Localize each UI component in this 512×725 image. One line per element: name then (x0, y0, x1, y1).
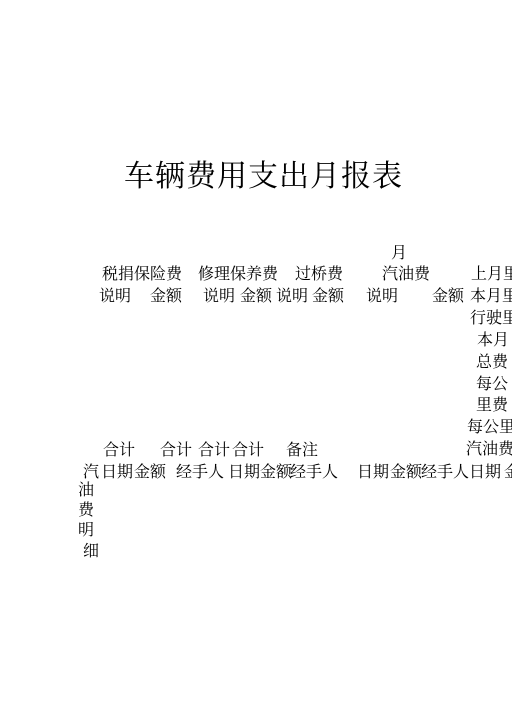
detail-date-header: 日期 (228, 465, 260, 481)
col2-desc-header: 说明 (203, 289, 235, 305)
detail-amount-header: 金额 (390, 465, 422, 481)
detail-amount-header-clipped: 金 (504, 465, 512, 481)
col1-desc-header: 说明 (99, 289, 131, 305)
mileage-column-line: 总费 (476, 355, 508, 371)
fuel-detail-vertical-char: 细 (83, 544, 99, 560)
fuel-detail-vertical-char: 明 (78, 523, 94, 539)
fuel-detail-vertical-char: 费 (78, 503, 94, 519)
mileage-column-line: 每公里 (467, 420, 512, 436)
month-label: 月 (391, 246, 407, 262)
mileage-column-line: 汽油费 (466, 442, 512, 458)
column-header-gasoline: 汽油费 (382, 267, 430, 283)
column-header-toll: 过桥费 (295, 267, 343, 283)
detail-amount-header: 金额 (134, 465, 166, 481)
mileage-column-line: 本月里 (470, 289, 512, 305)
column-header-tax-insurance: 税捐保险费 (102, 267, 182, 283)
detail-handler-header: 经手人 (176, 465, 224, 481)
mileage-column-line: 每公 (476, 377, 508, 393)
col3-amount-header: 金额 (312, 289, 344, 305)
detail-amount-header: 金额 (260, 465, 292, 481)
detail-handler-header: 经手人 (421, 465, 469, 481)
mileage-column-line: 里费 (476, 398, 508, 414)
mileage-column-line: 上月里 (471, 267, 512, 283)
fuel-detail-vertical-char: 油 (78, 483, 94, 499)
col3-desc-header: 说明 (276, 289, 308, 305)
col3-total-label: 合计 (198, 443, 230, 459)
mileage-column-line: 行驶里 (470, 311, 512, 327)
fuel-detail-vertical-char: 汽 (83, 465, 99, 481)
detail-date-header: 日期 (101, 465, 133, 481)
col4-desc-header: 说明 (366, 289, 398, 305)
col1-amount-header: 金额 (150, 289, 182, 305)
detail-handler-header: 经手人 (290, 465, 338, 481)
detail-date-header: 日期 (469, 465, 501, 481)
col4-amount-header: 金额 (432, 289, 464, 305)
col1-total-label: 合计 (103, 443, 135, 459)
page-title: 车辆费用支出月报表 (124, 162, 403, 192)
detail-date-header: 日期 (357, 465, 389, 481)
col4-total-label: 合计 (232, 443, 264, 459)
col2-total-label: 合计 (160, 443, 192, 459)
remark-header: 备注 (286, 443, 318, 459)
column-header-repair-maintenance: 修理保养费 (198, 267, 278, 283)
mileage-column-line: 本月 (477, 333, 509, 349)
col2-amount-header: 金额 (240, 289, 272, 305)
